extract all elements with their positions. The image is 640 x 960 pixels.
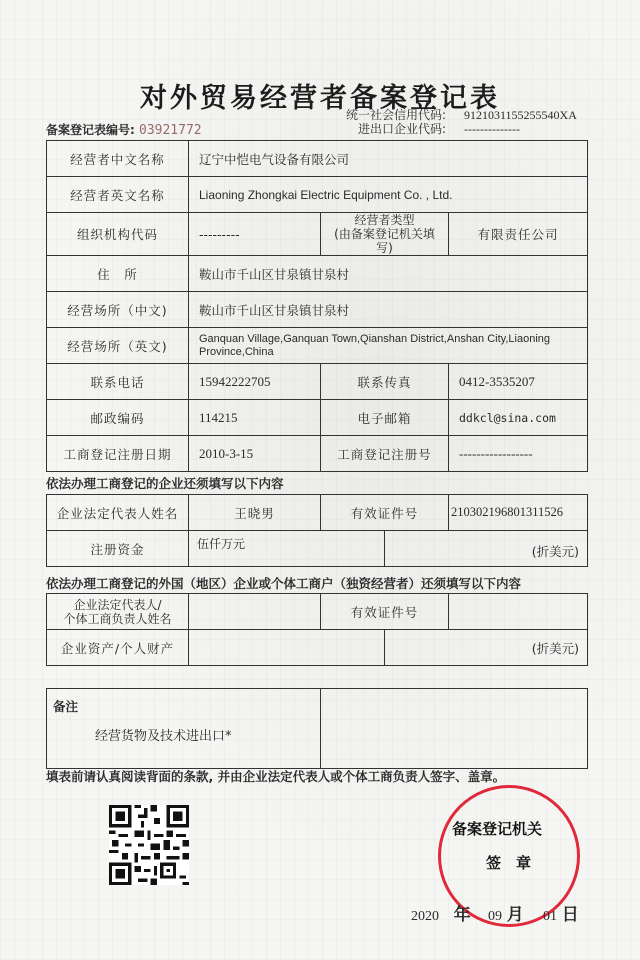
- table-row: 企业法定代表人姓名 王晓男 有效证件号 210302196801311526: [47, 495, 588, 531]
- table-row: 备注 经营货物及技术进出口*: [47, 689, 588, 769]
- residence-value: 鞍山市千山区甘泉镇甘泉村: [189, 256, 588, 292]
- notes-empty-cell: [321, 689, 588, 769]
- place-en-value: Ganquan Village,Ganquan Town,Qianshan Di…: [189, 328, 588, 364]
- place-cn-label: 经营场所（中文): [47, 292, 189, 328]
- seal-label: 签 章: [486, 852, 531, 873]
- email-label: 电子邮箱: [321, 400, 449, 436]
- table-row: 经营场所（中文) 鞍山市千山区甘泉镇甘泉村: [47, 292, 588, 328]
- org-code-label: 组织机构代码: [47, 213, 189, 256]
- notes-text: 经营货物及技术进出口*: [95, 725, 320, 744]
- biz-reg-no-label: 工商登记注册号: [321, 436, 449, 472]
- reg-no-value: 03921772: [139, 123, 202, 138]
- enterprise-section-heading: 依法办理工商登记的企业还须填写以下内容: [46, 474, 284, 492]
- phone-value: 15942222705: [189, 364, 321, 400]
- day-value: 01: [543, 909, 557, 924]
- table-row: 经营场所（英文) Ganquan Village,Ganquan Town,Qi…: [47, 328, 588, 364]
- registration-number: 备案登记表编号: 03921772: [46, 121, 202, 138]
- en-name-label: 经营者英文名称: [47, 177, 189, 213]
- ie-code-value: --------------: [464, 122, 520, 136]
- postcode-value: 114215: [189, 400, 321, 436]
- cn-name-label: 经营者中文名称: [47, 141, 189, 177]
- enterprise-table: 企业法定代表人姓名 王晓男 有效证件号 210302196801311526 注…: [46, 494, 588, 567]
- foreign-rep-value: [189, 594, 321, 630]
- foreign-rep-label: 企业法定代表人/ 个体工商负责人姓名: [47, 594, 189, 630]
- place-en-label: 经营场所（英文): [47, 328, 189, 364]
- table-row: 组织机构代码 --------- 经营者类型 (由备案登记机关填写) 有限责任公…: [47, 213, 588, 256]
- fax-value: 0412-3535207: [449, 364, 588, 400]
- credit-code-label: 统一社会信用代码:: [336, 108, 464, 122]
- assets-value: [189, 630, 385, 666]
- notes-table: 备注 经营货物及技术进出口*: [46, 688, 588, 769]
- table-row: 工商登记注册日期 2010-3-15 工商登记注册号 -------------…: [47, 436, 588, 472]
- table-row: 经营者中文名称 辽宁中恺电气设备有限公司: [47, 141, 588, 177]
- phone-label: 联系电话: [47, 364, 189, 400]
- month-unit: 月: [507, 905, 524, 925]
- table-row: 邮政编码 114215 电子邮箱 ddkcl@sina.com: [47, 400, 588, 436]
- month-value: 09: [488, 909, 502, 924]
- org-code-value: ---------: [189, 213, 321, 256]
- notes-cell: 备注 经营货物及技术进出口*: [47, 689, 321, 769]
- capital-usd-label: (折美元): [385, 531, 588, 567]
- table-row: 住 所 鞍山市千山区甘泉镇甘泉村: [47, 256, 588, 292]
- cn-name-value: 辽宁中恺电气设备有限公司: [189, 141, 588, 177]
- en-name-value: Liaoning Zhongkai Electric Equipment Co.…: [189, 177, 588, 213]
- assets-label: 企业资产/个人财产: [47, 630, 189, 666]
- main-info-table: 经营者中文名称 辽宁中恺电气设备有限公司 经营者英文名称 Liaoning Zh…: [46, 140, 588, 472]
- date-day: 01 日: [543, 900, 579, 925]
- instruction-text: 填表前请认真阅读背面的条款, 并由企业法定代表人或个体工商负责人签字、盖章。: [46, 767, 505, 785]
- foreign-section-heading: 依法办理工商登记的外国（地区）企业或个体工商户（独资经营者）还须填写以下内容: [46, 574, 521, 592]
- place-cn-value: 鞍山市千山区甘泉镇甘泉村: [189, 292, 588, 328]
- operator-type-value: 有限责任公司: [449, 213, 588, 256]
- legal-rep-label: 企业法定代表人姓名: [47, 495, 189, 531]
- foreign-id-label: 有效证件号: [321, 594, 449, 630]
- assets-usd-label: (折美元): [385, 630, 588, 666]
- legal-rep-value: 王晓男: [189, 495, 321, 531]
- type-label: 经营者类型: [329, 213, 440, 227]
- reg-no-label: 备案登记表编号:: [46, 123, 135, 137]
- operator-type-label: 经营者类型 (由备案登记机关填写): [321, 213, 449, 256]
- table-row: 经营者英文名称 Liaoning Zhongkai Electric Equip…: [47, 177, 588, 213]
- foreign-rep-label-line1: 企业法定代表人/: [55, 598, 180, 612]
- id-no-value: 210302196801311526: [449, 495, 588, 531]
- fax-label: 联系传真: [321, 364, 449, 400]
- capital-value: 伍仟万元: [189, 531, 385, 567]
- date-month: 09 月: [488, 900, 524, 925]
- residence-label: 住 所: [47, 256, 189, 292]
- codes-block: 统一社会信用代码: 9121031155255540XA 进出口企业代码: --…: [336, 108, 577, 136]
- table-row: 企业资产/个人财产 (折美元): [47, 630, 588, 666]
- ie-code-label: 进出口企业代码:: [336, 122, 464, 136]
- id-no-label: 有效证件号: [321, 495, 449, 531]
- date-year: 2020 年: [411, 900, 471, 925]
- year-unit: 年: [454, 905, 471, 925]
- postcode-label: 邮政编码: [47, 400, 189, 436]
- authority-label: 备案登记机关: [452, 818, 542, 839]
- capital-label: 注册资金: [47, 531, 189, 567]
- table-row: 联系电话 15942222705 联系传真 0412-3535207: [47, 364, 588, 400]
- reg-date-label: 工商登记注册日期: [47, 436, 189, 472]
- reg-date-value: 2010-3-15: [189, 436, 321, 472]
- qr-code-icon: [109, 805, 189, 885]
- foreign-table: 企业法定代表人/ 个体工商负责人姓名 有效证件号 企业资产/个人财产 (折美元): [46, 593, 588, 666]
- type-sublabel: (由备案登记机关填写): [329, 227, 440, 255]
- biz-reg-no-value: -----------------: [449, 436, 588, 472]
- year-value: 2020: [411, 909, 439, 924]
- foreign-id-value: [449, 594, 588, 630]
- credit-code-value: 9121031155255540XA: [464, 108, 577, 122]
- email-value: ddkcl@sina.com: [449, 400, 588, 436]
- day-unit: 日: [562, 905, 579, 925]
- table-row: 企业法定代表人/ 个体工商负责人姓名 有效证件号: [47, 594, 588, 630]
- notes-label: 备注: [53, 697, 320, 715]
- table-row: 注册资金 伍仟万元 (折美元): [47, 531, 588, 567]
- foreign-rep-label-line2: 个体工商负责人姓名: [55, 612, 180, 626]
